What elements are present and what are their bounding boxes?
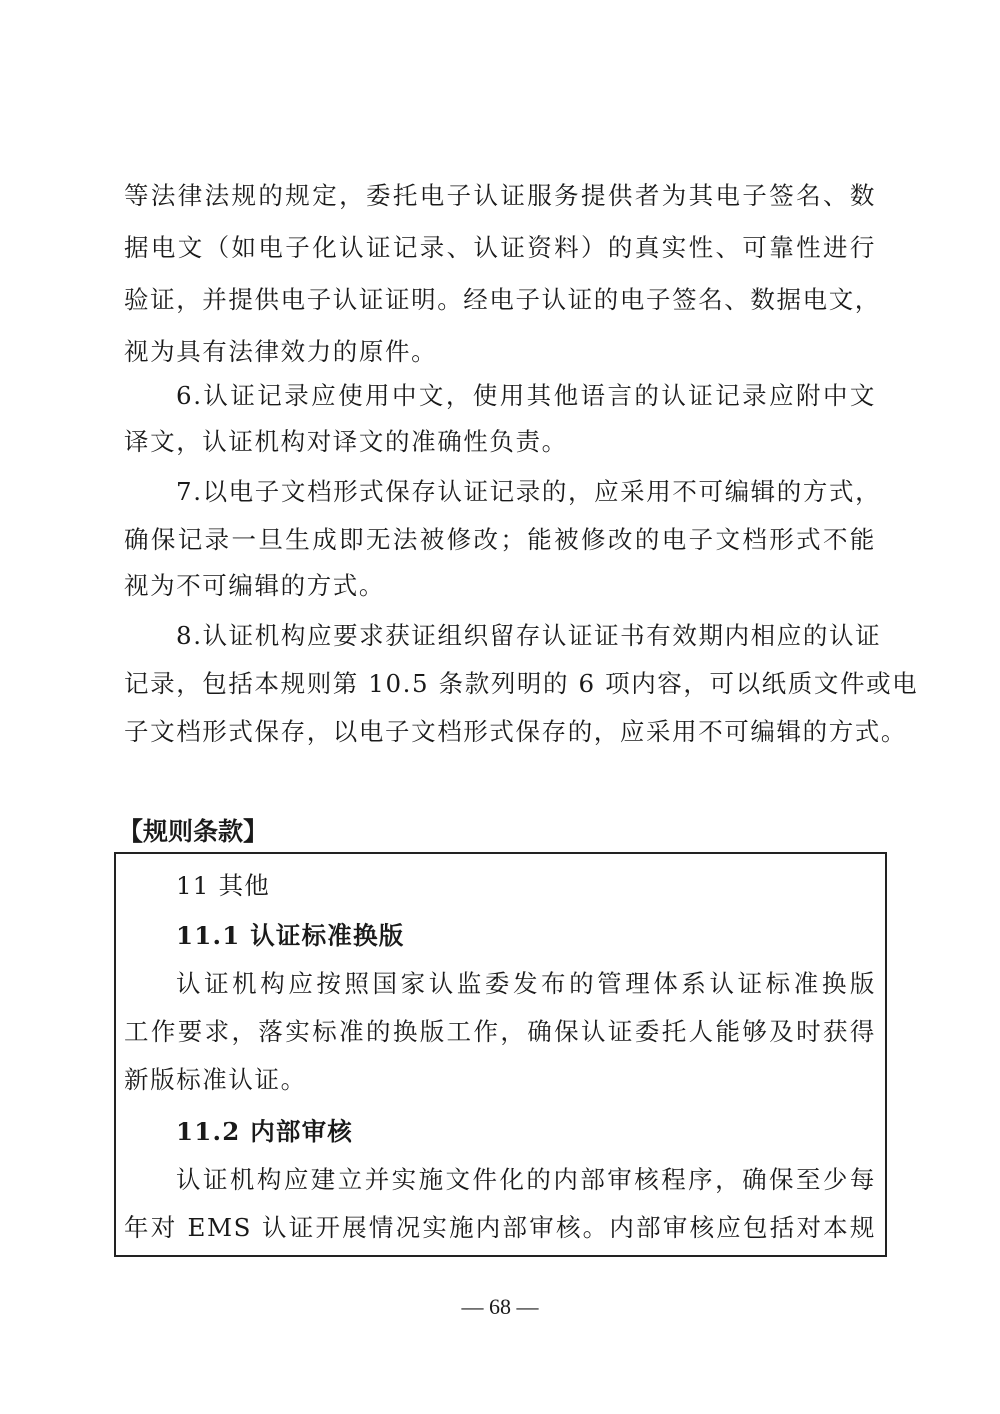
list-item-8-line: 子文档形式保存，以电子文档形式保存的，应采用不可编辑的方式。 [124,716,876,748]
list-item-6-line: 6.认证记录应使用中文，使用其他语言的认证记录应附中文 [176,380,876,412]
subsection-11-2-line: 年对 EMS 认证开展情况实施内部审核。内部审核应包括对本规 [124,1212,876,1244]
list-item-6-line: 译文，认证机构对译文的准确性负责。 [124,426,876,458]
subsection-11-2-line: 认证机构应建立并实施文件化的内部审核程序，确保至少每 [176,1164,876,1196]
chapter-heading: 11 其他 [176,870,270,902]
list-item-7-line: 视为不可编辑的方式。 [124,570,876,602]
body-line: 视为具有法律效力的原件。 [124,336,876,368]
body-line: 验证，并提供电子认证证明。经电子认证的电子签名、数据电文， [124,284,876,316]
document-page: 等法律法规的规定，委托电子认证服务提供者为其电子签名、数 据电文（如电子化认证记… [0,0,1000,1414]
subsection-heading-11-1: 11.1 认证标准换版 [176,920,404,952]
list-item-8-line: 8.认证机构应要求获证组织留存认证证书有效期内相应的认证 [176,620,876,652]
list-item-7-line: 确保记录一旦生成即无法被修改；能被修改的电子文档形式不能 [124,524,876,556]
subsection-heading-11-2: 11.2 内部审核 [176,1116,353,1148]
rules-clause-box [114,852,887,1257]
body-line: 等法律法规的规定，委托电子认证服务提供者为其电子签名、数 [124,180,876,212]
body-line: 据电文（如电子化认证记录、认证资料）的真实性、可靠性进行 [124,232,876,264]
page-number: — 68 — [0,1292,1000,1322]
subsection-11-1-line: 新版标准认证。 [124,1064,876,1096]
subsection-11-1-line: 工作要求，落实标准的换版工作，确保认证委托人能够及时获得 [124,1016,876,1048]
rules-section-label: 【规则条款】 [118,816,268,848]
list-item-7-line: 7.以电子文档形式保存认证记录的，应采用不可编辑的方式， [176,476,876,508]
list-item-8-line: 记录，包括本规则第 10.5 条款列明的 6 项内容，可以纸质文件或电 [124,668,876,700]
subsection-11-1-line: 认证机构应按照国家认监委发布的管理体系认证标准换版 [176,968,876,1000]
